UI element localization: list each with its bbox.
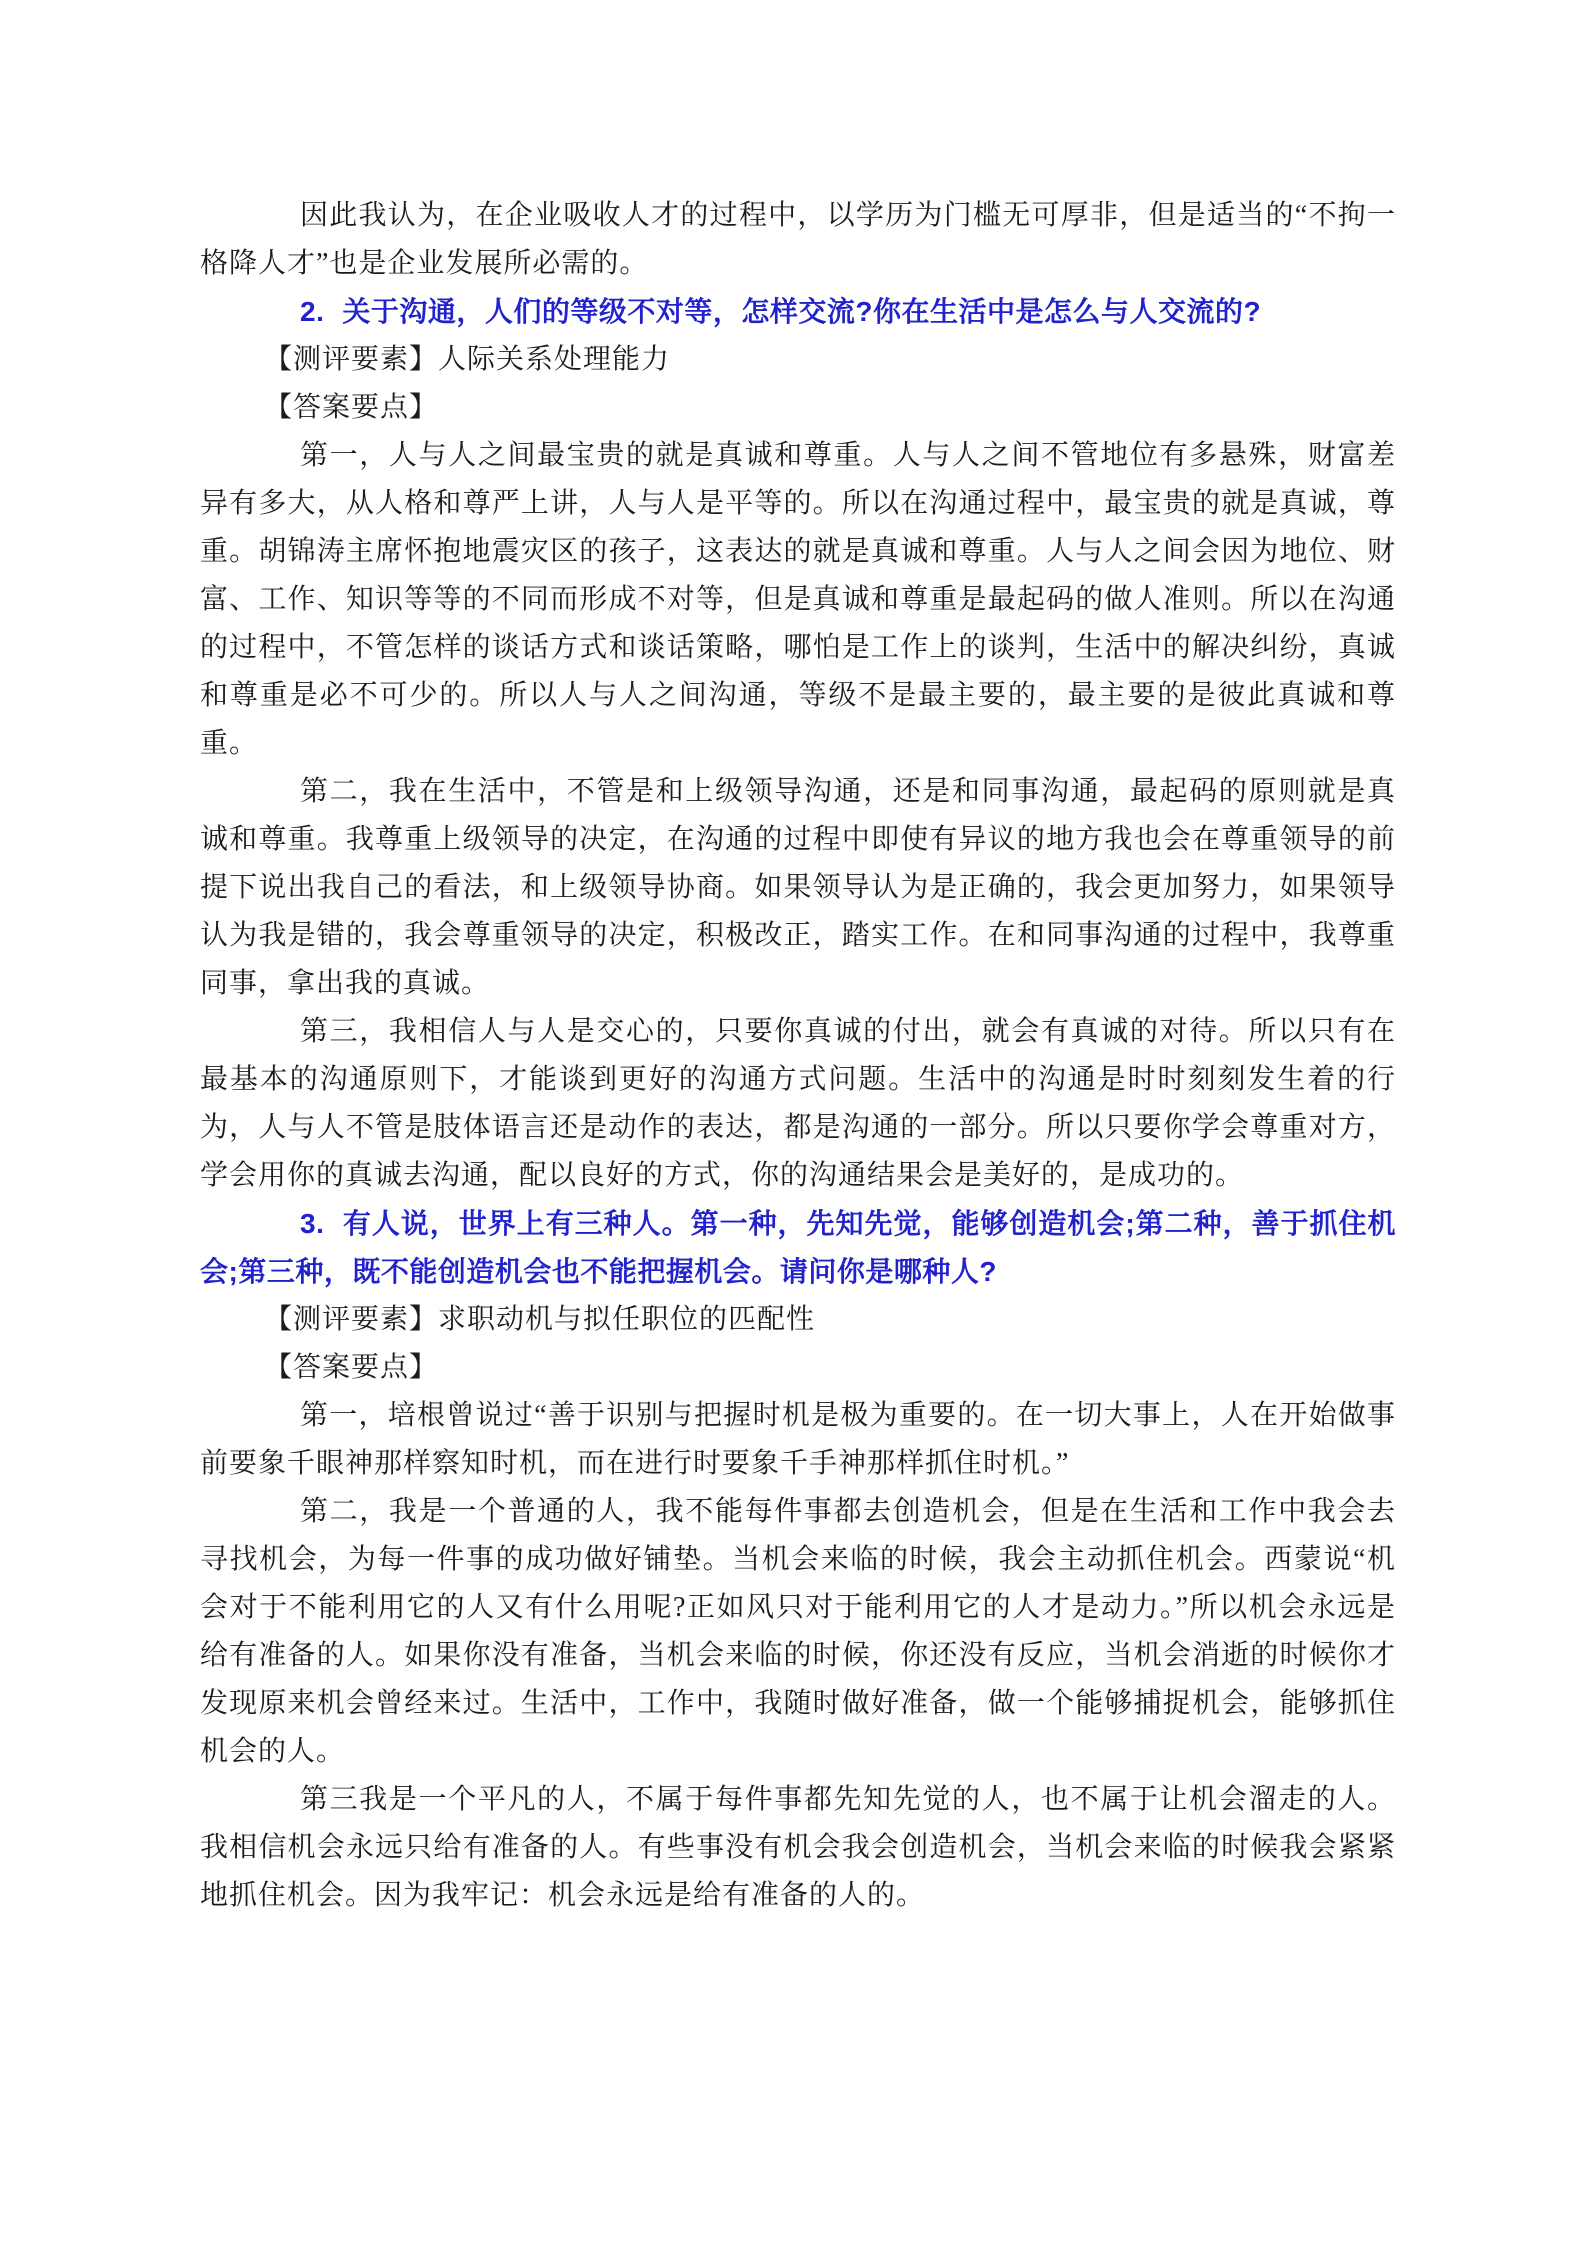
- assessment-value: 求职动机与拟任职位的匹配性: [438, 1304, 815, 1335]
- question-2-number: 2.: [300, 296, 324, 327]
- question-2-heading: 2.关于沟通，人们的等级不对等，怎样交流?你在生活中是怎么与人交流的?: [200, 288, 1396, 336]
- question-3-title: 有人说，世界上有三种人。第一种，先知先觉，能够创造机会;第二种，善于抓住机会;第…: [200, 1208, 1396, 1287]
- document-page: 因此我认为，在企业吸收人才的过程中，以学历为门槛无可厚非，但是适当的“不拘一格降…: [0, 0, 1594, 2252]
- answer-label: 【答案要点】: [264, 392, 438, 423]
- question-2-answer-label-line: 【答案要点】: [200, 384, 1396, 432]
- intro-paragraph: 因此我认为，在企业吸收人才的过程中，以学历为门槛无可厚非，但是适当的“不拘一格降…: [200, 192, 1396, 288]
- question-2-point-3: 第三，我相信人与人是交心的，只要你真诚的付出，就会有真诚的对待。所以只有在最基本…: [200, 1008, 1396, 1200]
- question-2-assessment-line: 【测评要素】人际关系处理能力: [200, 336, 1396, 384]
- question-3-assessment-line: 【测评要素】求职动机与拟任职位的匹配性: [200, 1296, 1396, 1344]
- question-3-answer-label-line: 【答案要点】: [200, 1344, 1396, 1392]
- assessment-label: 【测评要素】: [264, 1304, 438, 1335]
- question-3-block: 3.有人说，世界上有三种人。第一种，先知先觉，能够创造机会;第二种，善于抓住机会…: [200, 1200, 1396, 1920]
- answer-label: 【答案要点】: [264, 1352, 438, 1383]
- assessment-label: 【测评要素】: [264, 344, 438, 375]
- question-3-point-1: 第一，培根曾说过“善于识别与把握时机是极为重要的。在一切大事上，人在开始做事前要…: [200, 1392, 1396, 1488]
- question-2-title: 关于沟通，人们的等级不对等，怎样交流?你在生活中是怎么与人交流的?: [342, 296, 1261, 327]
- document-content: 因此我认为，在企业吸收人才的过程中，以学历为门槛无可厚非，但是适当的“不拘一格降…: [200, 192, 1396, 1920]
- question-3-heading: 3.有人说，世界上有三种人。第一种，先知先觉，能够创造机会;第二种，善于抓住机会…: [200, 1200, 1396, 1296]
- question-2-point-2: 第二，我在生活中，不管是和上级领导沟通，还是和同事沟通，最起码的原则就是真诚和尊…: [200, 768, 1396, 1008]
- question-2-point-1: 第一，人与人之间最宝贵的就是真诚和尊重。人与人之间不管地位有多悬殊，财富差异有多…: [200, 432, 1396, 768]
- question-2-block: 2.关于沟通，人们的等级不对等，怎样交流?你在生活中是怎么与人交流的? 【测评要…: [200, 288, 1396, 1200]
- question-3-point-3: 第三我是一个平凡的人，不属于每件事都先知先觉的人，也不属于让机会溜走的人。我相信…: [200, 1776, 1396, 1920]
- question-3-number: 3.: [300, 1208, 324, 1239]
- question-3-point-2: 第二，我是一个普通的人，我不能每件事都去创造机会，但是在生活和工作中我会去寻找机…: [200, 1488, 1396, 1776]
- assessment-value: 人际关系处理能力: [438, 344, 670, 375]
